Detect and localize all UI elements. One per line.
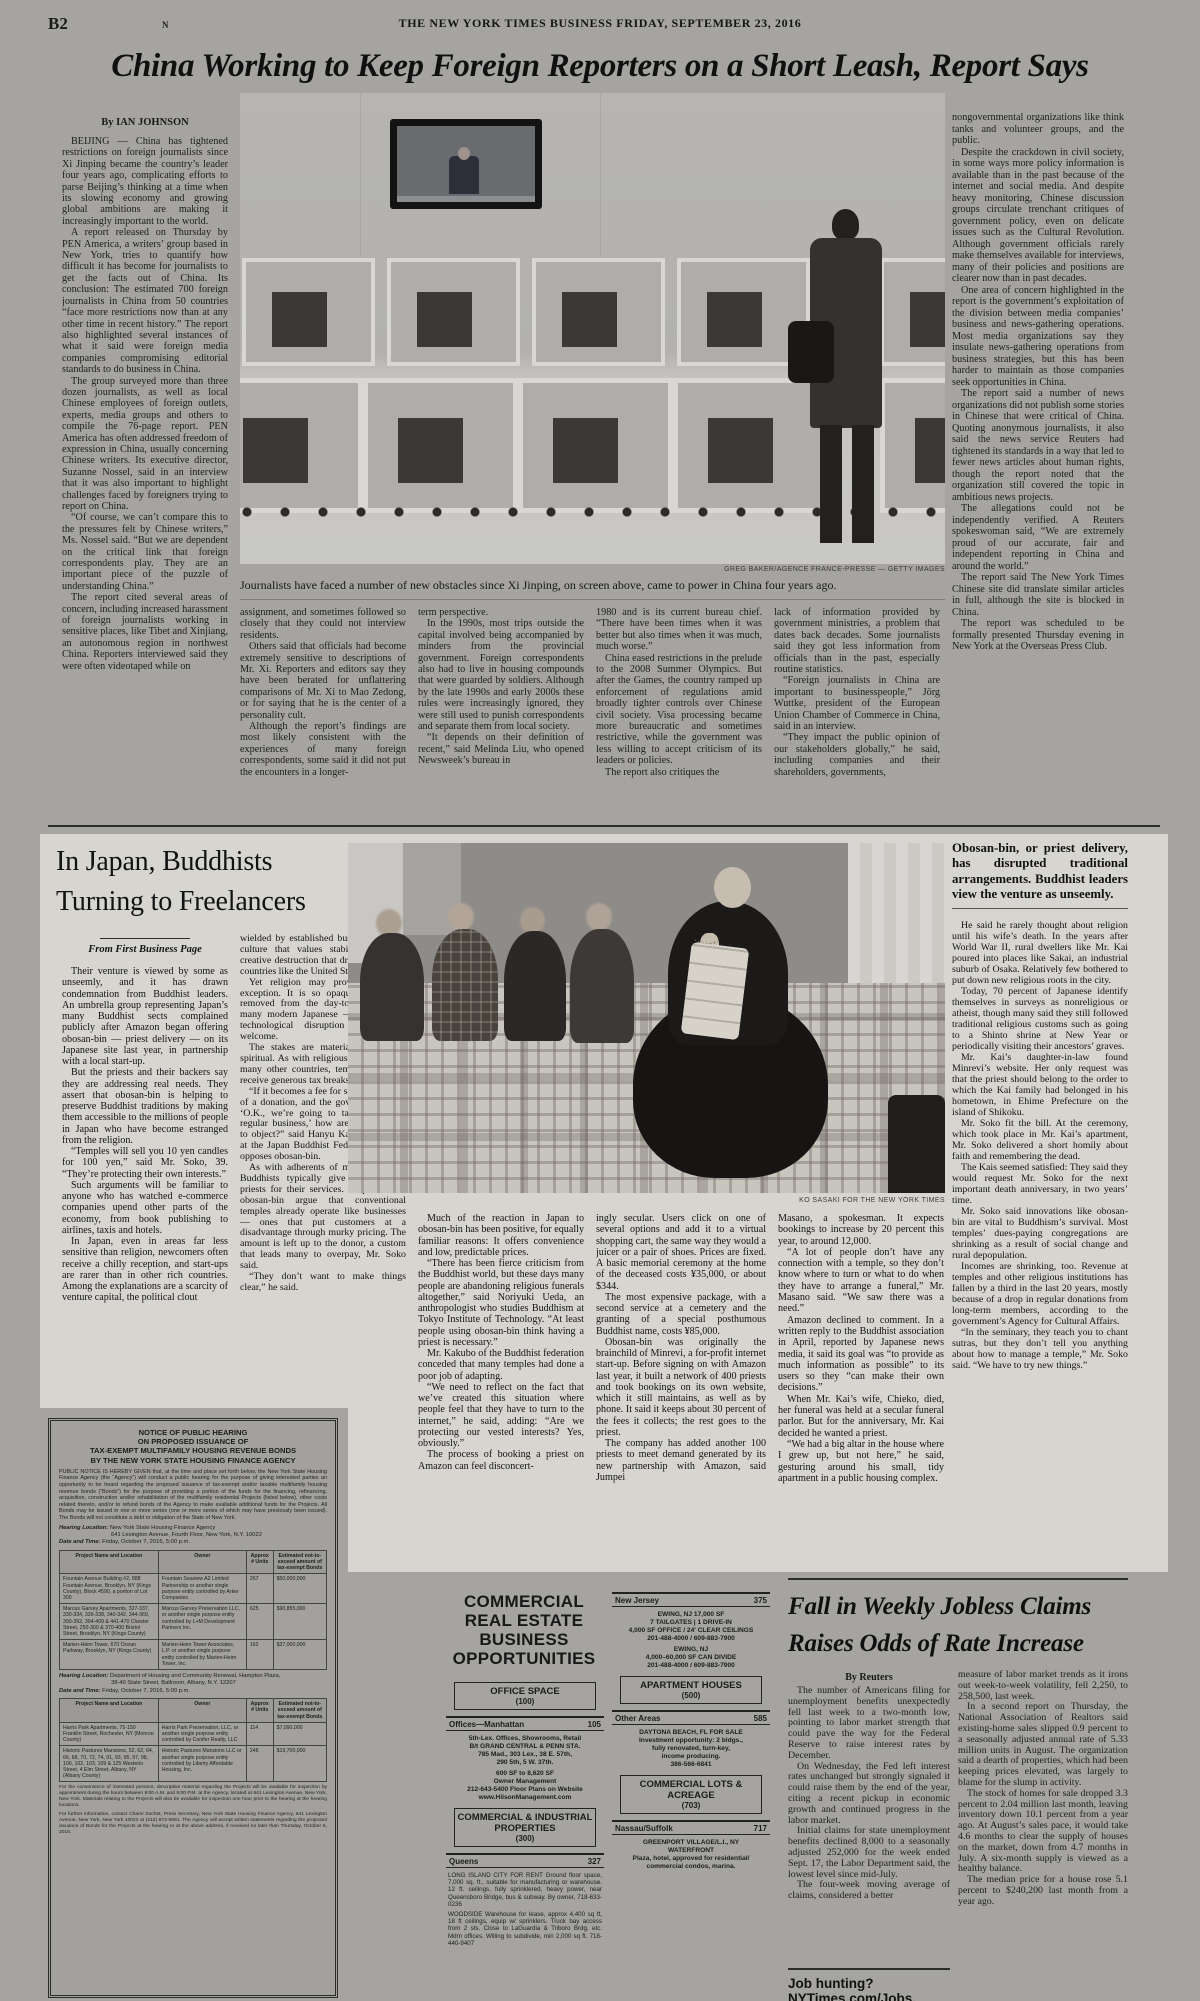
project-units: 267 — [246, 1574, 273, 1604]
paragraph: The stock of homes for sale dropped 3.3 … — [958, 1789, 1128, 1875]
paragraph: In the 1990s, most trips outside the cap… — [418, 618, 584, 732]
legal-title: NOTICE OF PUBLIC HEARINGON PROPOSED ISSU… — [59, 1428, 327, 1465]
china-photo-caption: Journalists have faced a number of new o… — [240, 578, 945, 593]
paragraph: Amazon declined to comment. In a written… — [778, 1315, 944, 1394]
bond-projects-table-1: Project Name and Location Owner Approx #… — [59, 1550, 327, 1670]
priest-kesa — [681, 942, 750, 1040]
paragraph: The company has added another 100 priest… — [596, 1438, 766, 1483]
cart-tray — [562, 292, 617, 347]
japan-column-4: ingly secular. Users click on one of sev… — [596, 1213, 766, 1555]
paragraph: One area of concern highlighted in the r… — [952, 285, 1124, 389]
cart-tray — [553, 418, 618, 483]
cart-tray — [272, 292, 327, 347]
table-row: Harris Park Apartments, 75-150 Franklin … — [60, 1722, 327, 1746]
china-column-6: nongovernmental organizations like think… — [952, 112, 1124, 812]
masthead-paper: THE NEW YORK TIMES — [399, 16, 547, 30]
paragraph: EWING, NJ 17,000 SF — [614, 1611, 768, 1619]
table-header: Project Name and Location — [60, 1699, 159, 1723]
classifieds-left-column: OFFICE SPACE (100) Offices—Manhattan 105… — [446, 1676, 604, 1998]
hearing-location-label: Hearing Location: — [59, 1525, 108, 1531]
paragraph: The group surveyed more than three dozen… — [62, 376, 228, 513]
table-header: Estimated not-to-exceed amount of tax-ex… — [273, 1550, 326, 1574]
classifieds-right-column: New Jersey 375 EWING, NJ 17,000 SF7 TAIL… — [612, 1592, 770, 1998]
project-name: Marien-Heim Tower, 670 Ocean Parkway, Br… — [60, 1640, 159, 1670]
project-owner: Fountain Seaview A2 Limited Partnership … — [158, 1574, 246, 1604]
project-units: 246 — [246, 1746, 273, 1782]
paragraph: In Japan, even in areas far less sensiti… — [62, 1236, 228, 1304]
paragraph: commercial condos, marina. — [614, 1863, 768, 1871]
paragraph: The report was scheduled to be formally … — [952, 618, 1124, 653]
paragraph: lack of information provided by governme… — [774, 607, 940, 675]
person-head — [832, 209, 859, 240]
caption-rule — [240, 599, 945, 600]
classified-ad: WOODSIDE Warehouse for lease, approx 4,4… — [448, 1911, 602, 1947]
jobhunt-rule — [788, 1968, 950, 1970]
serving-cart — [880, 378, 945, 513]
paragraph: The four-week moving average of claims, … — [788, 1880, 950, 1902]
paragraph: China eased restrictions in the prelude … — [596, 653, 762, 767]
project-units: 162 — [246, 1640, 273, 1670]
paragraph: “Temples will sell you 10 yen candles fo… — [62, 1146, 228, 1180]
japan-photo — [348, 843, 945, 1193]
serving-cart — [673, 378, 828, 513]
paragraph: Investment opportunity: 2 bldgs., — [614, 1737, 768, 1745]
paragraph: Masano, a spokesman. It expects bookings… — [778, 1213, 944, 1247]
serving-cart — [240, 378, 363, 513]
cart-tray — [915, 418, 945, 483]
region-number: 105 — [588, 1720, 601, 1729]
category-number: (703) — [623, 1801, 759, 1810]
category-title: OFFICE SPACE — [457, 1686, 593, 1697]
jobless-headline-line1: Fall in Weekly Jobless Claims — [788, 1588, 1133, 1625]
paragraph: 201-488-4000 / 609-883-7900 — [614, 1662, 768, 1670]
jobless-top-rule — [788, 1578, 1128, 1580]
article-separator-rule — [48, 825, 1160, 827]
project-owner: Historic Pastures Mansions LLC or anothe… — [158, 1746, 246, 1782]
paragraph: 290 5th, 5 W. 37th. — [448, 1759, 602, 1767]
paragraph: B/t GRAND CENTRAL & PENN STA. — [448, 1743, 602, 1751]
hearing-location-value: New York State Housing Finance Agency — [110, 1525, 215, 1531]
classified-ad: EWING, NJ4,000–60,000 SF CAN DIVIDE201-4… — [614, 1646, 768, 1670]
paragraph: “In the seminary, they teach you to chan… — [952, 1327, 1128, 1371]
hearing-date-value: Friday, October 7, 2016, 5:00 p.m. — [102, 1539, 190, 1545]
paragraph: Such arguments will be familiar to anyon… — [62, 1180, 228, 1236]
masthead-date: FRIDAY, SEPTEMBER 23, 2016 — [616, 16, 801, 30]
paragraph: “They impact the public opinion of our s… — [774, 732, 940, 778]
category-number: (100) — [457, 1697, 593, 1706]
project-units: 625 — [246, 1604, 273, 1640]
person-bag — [788, 321, 834, 383]
table-header: Owner — [158, 1699, 246, 1723]
category-title: APARTMENT HOUSES — [623, 1680, 759, 1691]
category-title: COMMERCIAL & INDUSTRIAL PROPERTIES — [457, 1812, 593, 1834]
commercial-lots-box: COMMERCIAL LOTS & ACREAGE (703) — [620, 1775, 762, 1814]
podium-line — [397, 196, 535, 202]
project-amount: $90,855,000 — [273, 1604, 326, 1640]
paragraph: Although the report’s findings are most … — [240, 721, 406, 778]
classified-ad: 600 SF to 8,620 SFOwner Management212-64… — [448, 1770, 602, 1802]
masthead-section: BUSINESS — [550, 16, 613, 30]
paragraph: fully renovated, turn-key, — [614, 1745, 768, 1753]
region-label: Nassau/Suffolk — [615, 1824, 673, 1833]
project-amount: $19,700,000 — [273, 1746, 326, 1782]
paragraph: Initial claims for state unemployment be… — [788, 1826, 950, 1880]
region-label: Queens — [449, 1857, 478, 1866]
paragraph: BEIJING — China has tightened restrictio… — [62, 136, 228, 227]
paragraph: The report said The New York Times Chine… — [952, 572, 1124, 618]
classified-ad: LONG ISLAND CITY FOR RENT Ground floor s… — [448, 1872, 602, 1908]
legal-notice-ad: NOTICE OF PUBLIC HEARINGON PROPOSED ISSU… — [48, 1418, 338, 1998]
attendee-head — [520, 907, 545, 934]
project-amount: $7,090,000 — [273, 1722, 326, 1746]
japan-kicker: From First Business Page — [62, 944, 228, 955]
paragraph: BUSINESS — [440, 1630, 608, 1649]
china-column-4: 1980 and is its current bureau chief. “T… — [596, 607, 762, 808]
paragraph: Today, 70 percent of Japanese identify t… — [952, 986, 1128, 1052]
serving-cart — [518, 378, 673, 513]
priest-head — [714, 867, 751, 908]
project-owner: Harris Park Preservation, LLC, or anothe… — [158, 1722, 246, 1746]
paragraph: But the priests and their backers say th… — [62, 1067, 228, 1146]
project-name: Historic Pastures Mansions, 52, 62, 64, … — [60, 1746, 159, 1782]
serving-cart — [880, 258, 945, 366]
paragraph: Mr. Kakubo of the Buddhist federation co… — [418, 1348, 584, 1382]
region-label: Other Areas — [615, 1714, 661, 1723]
china-column-2: assignment, and sometimes followed so cl… — [240, 607, 406, 808]
person-leg — [820, 425, 842, 543]
japan-column-1: Their venture is viewed by some as unsee… — [62, 966, 228, 1402]
table-header: Project Name and Location — [60, 1550, 159, 1574]
paragraph: Mr. Soko fit the bill. At the ceremony, … — [952, 1118, 1128, 1162]
queens-bar: Queens 327 — [446, 1853, 604, 1868]
paragraph: Incomes are shrinking, too. Revenue at t… — [952, 1261, 1128, 1327]
paragraph: Much of the reaction in Japan to obosan-… — [418, 1213, 584, 1258]
paragraph: COMMERCIAL — [440, 1592, 608, 1611]
kicker-rule — [100, 938, 190, 939]
cart-tray — [910, 292, 945, 347]
japan-column-3: Much of the reaction in Japan to obosan-… — [418, 1213, 584, 1555]
attendee-figure — [360, 933, 424, 1041]
commercial-industrial-box: COMMERCIAL & INDUSTRIAL PROPERTIES (300) — [454, 1808, 596, 1847]
cart-tray — [243, 418, 308, 483]
category-number: (300) — [457, 1834, 593, 1843]
china-photo-credit: GREG BAKER/AGENCE FRANCE-PRESSE — GETTY … — [540, 566, 945, 573]
japan-headline-line1: In Japan, Buddhists — [56, 842, 348, 882]
apartment-houses-box: APARTMENT HOUSES (500) — [620, 1676, 762, 1704]
classified-ad: DAYTONA BEACH, FL FOR SALEInvestment opp… — [614, 1729, 768, 1769]
paragraph: “It depends on their definition of recen… — [418, 732, 584, 766]
paragraph: 4,000–60,000 SF CAN DIVIDE — [614, 1654, 768, 1662]
region-number: 327 — [588, 1857, 601, 1866]
table-row: Marcus Garvey Apartments, 327-337, 330-3… — [60, 1604, 327, 1640]
project-name: Harris Park Apartments, 75-150 Franklin … — [60, 1722, 159, 1746]
hearing-date-label: Date and Time: — [59, 1688, 100, 1694]
cart-tray — [398, 418, 463, 483]
paragraph: GREENPORT VILLAGE/L.I., NY — [614, 1839, 768, 1847]
paragraph: The median price for a house rose 5.1 pe… — [958, 1875, 1128, 1907]
paragraph: 785 Mad., 303 Lex., 38 E. 57th, — [448, 1751, 602, 1759]
attendee-figure — [432, 929, 498, 1041]
cart-tray — [708, 418, 773, 483]
project-amount: $50,000,000 — [273, 1574, 326, 1604]
masthead: THE NEW YORK TIMES BUSINESS FRIDAY, SEPT… — [0, 16, 1200, 31]
paragraph: “We need to reflect on the fact that we’… — [418, 1382, 584, 1450]
paragraph: measure of labor market trends as it iro… — [958, 1670, 1128, 1702]
paragraph: The process of booking a priest on Amazo… — [418, 1449, 584, 1472]
paragraph: Their venture is viewed by some as unsee… — [62, 966, 228, 1067]
jobless-byline: By Reuters — [788, 1672, 950, 1683]
paragraph: NOTICE OF PUBLIC HEARING — [59, 1428, 327, 1437]
table-row: Historic Pastures Mansions, 52, 62, 64, … — [60, 1746, 327, 1782]
legal-intro: PUBLIC NOTICE IS HEREBY GIVEN that, at t… — [59, 1469, 327, 1522]
hearing2-date: Date and Time: Friday, October 7, 2016, … — [59, 1688, 327, 1695]
paragraph: 600 SF to 8,620 SF — [448, 1770, 602, 1778]
japan-article-headline: In Japan, Buddhists Turning to Freelance… — [56, 842, 348, 922]
paragraph: The number of Americans filing for unemp… — [788, 1686, 950, 1762]
japan-column-5: Masano, a spokesman. It expects bookings… — [778, 1213, 944, 1555]
project-owner: Marien-Heim Tower Associates, L.P. or an… — [158, 1640, 246, 1670]
paragraph: “There has been fierce criticism from th… — [418, 1258, 584, 1348]
paragraph: TAX-EXEMPT MULTIFAMILY HOUSING REVENUE B… — [59, 1446, 327, 1455]
jobless-column-a: The number of Americans filing for unemp… — [788, 1686, 950, 1958]
hearing1-address: 641 Lexington Avenue, Fourth Floor, New … — [59, 1532, 327, 1539]
paragraph: Others said that officials had become ex… — [240, 641, 406, 721]
paragraph: term perspective. — [418, 607, 584, 618]
hearing-location-value: Department of Housing and Community Rene… — [110, 1673, 280, 1679]
hearing1-date: Date and Time: Friday, October 7, 2016, … — [59, 1539, 327, 1546]
paragraph: The allegations could not be independent… — [952, 503, 1124, 572]
region-label: New Jersey — [615, 1596, 659, 1605]
paragraph: REAL ESTATE — [440, 1611, 608, 1630]
project-name: Marcus Garvey Apartments, 327-337, 330-3… — [60, 1604, 159, 1640]
paragraph: “Of course, we can’t compare this to the… — [62, 512, 228, 592]
attendee-head — [586, 903, 612, 931]
person-leg — [852, 425, 874, 543]
legal-footnote: For the convenience of interested person… — [59, 1785, 327, 1809]
paragraph: He said he rarely thought about religion… — [952, 920, 1128, 986]
new-jersey-bar: New Jersey 375 — [612, 1592, 770, 1607]
paragraph: 1980 and is its current bureau chief. “T… — [596, 607, 762, 653]
xi-jinping-figure — [449, 156, 479, 194]
serving-cart — [387, 258, 520, 366]
paragraph: WATERFRONT — [614, 1847, 768, 1855]
paragraph: assignment, and sometimes followed so cl… — [240, 607, 406, 641]
serving-cart — [242, 258, 375, 366]
tv-screen — [397, 126, 535, 202]
paragraph: “A lot of people don’t have any connecti… — [778, 1247, 944, 1315]
paragraph: Plaza, hotel, approved for residential/ — [614, 1855, 768, 1863]
project-name: Fountain Avenue Building #2, 888 Fountai… — [60, 1574, 159, 1604]
paragraph: 7 TAILGATES | 1 DRIVE-IN — [614, 1619, 768, 1627]
classified-ad: 5th-Lex. Offices, Showrooms, RetailB/t G… — [448, 1735, 602, 1767]
serving-cart — [532, 258, 665, 366]
hearing2-location: Hearing Location: Department of Housing … — [59, 1673, 327, 1680]
offices-manhattan-bar: Offices—Manhattan 105 — [446, 1716, 604, 1731]
paragraph: Despite the crackdown in civil society, … — [952, 147, 1124, 285]
paragraph: On Wednesday, the Fed left interest rate… — [788, 1762, 950, 1827]
job-hunting-promo: Job hunting? NYTimes.com/Jobs. — [788, 1976, 958, 2001]
jobless-headline: Fall in Weekly Jobless Claims Raises Odd… — [788, 1588, 1133, 1662]
nassau-suffolk-bar: Nassau/Suffolk 717 — [612, 1820, 770, 1835]
paragraph: The most expensive package, with a secon… — [596, 1292, 766, 1337]
paragraph: When Mr. Kai’s wife, Chieko, died, her f… — [778, 1394, 944, 1439]
altar-case — [888, 1095, 945, 1193]
attendee-head — [448, 903, 474, 931]
table-header: Approx # Units — [246, 1550, 273, 1574]
paragraph: The report also critiques the — [596, 767, 762, 778]
japan-photo-credit: KO SASAKI FOR THE NEW YORK TIMES — [640, 1197, 945, 1204]
category-title: COMMERCIAL LOTS & ACREAGE — [623, 1779, 759, 1801]
paragraph: 386-566-6841 — [614, 1761, 768, 1769]
newspaper-page: B2 N THE NEW YORK TIMES BUSINESS FRIDAY,… — [0, 0, 1200, 2001]
wall-panel-line — [600, 93, 601, 273]
serving-cart — [363, 378, 518, 513]
office-space-box: OFFICE SPACE (100) — [454, 1682, 596, 1710]
paragraph: In a second report on Thursday, the Nati… — [958, 1702, 1128, 1788]
paragraph: Owner Management — [448, 1778, 602, 1786]
paragraph: “They don’t want to make things clear,” … — [240, 1272, 406, 1294]
paragraph: “Foreign journalists in China are import… — [774, 675, 940, 732]
china-byline: By IAN JOHNSON — [62, 117, 228, 128]
japan-column-6: He said he rarely thought about religion… — [952, 920, 1128, 1554]
project-units: 114 — [246, 1722, 273, 1746]
paragraph: “We had a big altar in the house where I… — [778, 1439, 944, 1484]
table-header: Estimated not-to-exceed amount of tax-ex… — [273, 1699, 326, 1723]
table-row: Fountain Avenue Building #2, 888 Fountai… — [60, 1574, 327, 1604]
hearing-date-label: Date and Time: — [59, 1539, 100, 1545]
paragraph: www.HilsonManagement.com — [448, 1794, 602, 1802]
china-photo — [240, 93, 945, 564]
paragraph: Obosan-bin was originally the brainchild… — [596, 1337, 766, 1438]
tv-frame — [390, 119, 542, 209]
china-column-5: lack of information provided by governme… — [774, 607, 940, 808]
paragraph: The report said a number of news organiz… — [952, 388, 1124, 503]
region-number: 585 — [754, 1714, 767, 1723]
region-number: 717 — [754, 1824, 767, 1833]
japan-deck: Obosan-bin, or priest delivery, has disr… — [952, 841, 1128, 903]
table-header: Owner — [158, 1550, 246, 1574]
paragraph: 212-643-5400 Floor Plans on Website — [448, 1786, 602, 1794]
paragraph: DAYTONA BEACH, FL FOR SALE — [614, 1729, 768, 1737]
hearing2-address: 38-40 State Street, Ballroom, Albany, N.… — [59, 1680, 327, 1687]
china-article-headline: China Working to Keep Foreign Reporters … — [44, 48, 1156, 85]
cart-tray — [707, 292, 762, 347]
jobless-column-b: measure of labor market trends as it iro… — [958, 1670, 1128, 1998]
china-column-1: BEIJING — China has tightened restrictio… — [62, 136, 228, 807]
project-amount: $37,000,000 — [273, 1640, 326, 1670]
paragraph: nongovernmental organizations like think… — [952, 112, 1124, 147]
attendee-figure — [570, 929, 634, 1043]
category-number: (500) — [623, 1691, 759, 1700]
table-row: Marien-Heim Tower, 670 Ocean Parkway, Br… — [60, 1640, 327, 1670]
bond-projects-table-2: Project Name and Location Owner Approx #… — [59, 1698, 327, 1782]
project-owner: Marcus Garvey Preservation LLC, or anoth… — [158, 1604, 246, 1640]
table-header: Approx # Units — [246, 1699, 273, 1723]
attendee-figure — [504, 931, 566, 1041]
paragraph: Mr. Kai’s daughter-in-law found Minrevi’… — [952, 1052, 1128, 1118]
classified-ad: GREENPORT VILLAGE/L.I., NYWATERFRONTPlaz… — [614, 1839, 768, 1871]
paragraph: ON PROPOSED ISSUANCE OF — [59, 1437, 327, 1446]
paragraph: ingly secular. Users click on one of sev… — [596, 1213, 766, 1292]
paragraph: The Kais seemed satisfied: They said the… — [952, 1162, 1128, 1206]
hearing-location-label: Hearing Location: — [59, 1673, 108, 1679]
paragraph: A report released on Thursday by PEN Ame… — [62, 227, 228, 375]
classified-ad: EWING, NJ 17,000 SF7 TAILGATES | 1 DRIVE… — [614, 1611, 768, 1643]
jobless-headline-line2: Raises Odds of Rate Increase — [788, 1625, 1133, 1662]
paragraph: 5th-Lex. Offices, Showrooms, Retail — [448, 1735, 602, 1743]
region-label: Offices—Manhattan — [449, 1720, 524, 1729]
other-areas-bar: Other Areas 585 — [612, 1710, 770, 1725]
japan-headline-line2: Turning to Freelancers — [56, 882, 348, 922]
paragraph: 4,000 SF OFFICE / 24' CLEAR CEILINGS — [614, 1627, 768, 1635]
cart-tray — [417, 292, 472, 347]
cre-header: COMMERCIALREAL ESTATEBUSINESSOPPORTUNITI… — [440, 1592, 608, 1668]
region-number: 375 — [754, 1596, 767, 1605]
paragraph: Mr. Soko said innovations like obosan-bi… — [952, 1206, 1128, 1261]
paragraph: income producing. — [614, 1753, 768, 1761]
hearing-date-value: Friday, October 7, 2016, 5:00 p.m. — [102, 1688, 190, 1694]
china-column-3: term perspective.In the 1990s, most trip… — [418, 607, 584, 808]
paragraph: EWING, NJ — [614, 1646, 768, 1654]
xi-jinping-head — [458, 147, 470, 160]
deck-rule — [952, 908, 1128, 909]
hearing1-location: Hearing Location: New York State Housing… — [59, 1525, 327, 1532]
paragraph: The report cited several areas of concer… — [62, 592, 228, 672]
paragraph: OPPORTUNITIES — [440, 1649, 608, 1668]
paragraph: BY THE NEW YORK STATE HOUSING FINANCE AG… — [59, 1456, 327, 1465]
paragraph: 201-488-4000 / 609-883-7900 — [614, 1635, 768, 1643]
legal-footnote: For further information, contact Charni … — [59, 1812, 327, 1836]
